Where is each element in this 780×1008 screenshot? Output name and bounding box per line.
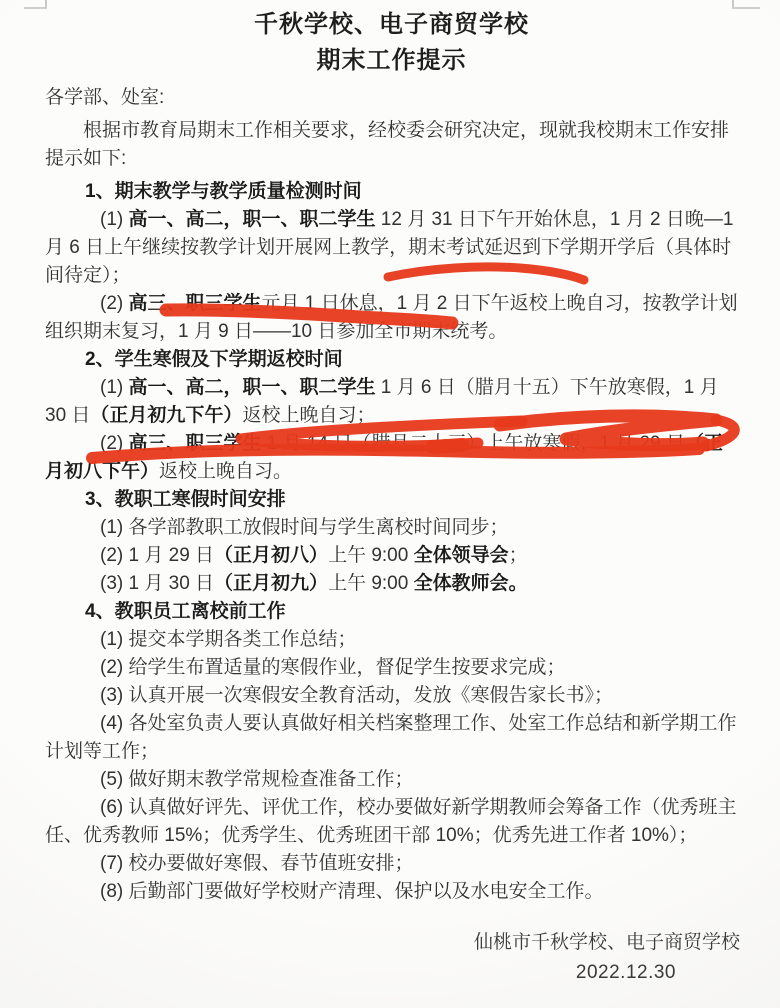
text: (1) 各学部教职工放假时间与学生离校时间同步；: [100, 517, 509, 538]
salutation: 各学部、处室:: [45, 84, 738, 112]
section-item: (8) 后勤部门要做好学校财产清理、保护以及水电安全工作。: [45, 878, 738, 906]
bold-text: 高三、职三学生: [129, 433, 262, 454]
scanned-notice-page: 千秋学校、电子商贸学校 期末工作提示 各学部、处室: 根据市教育局期末工作相关要…: [0, 0, 780, 1008]
text: (7) 校办要做好寒假、春节值班安排；: [100, 853, 414, 874]
document-sections: 1、期末教学与教学质量检测时间(1) 高一、高二，职一、职二学生 12 月 31…: [45, 178, 738, 906]
bold-text: （正月初八）: [214, 545, 328, 566]
section-heading: 2、学生寒假及下学期返校时间: [45, 346, 738, 374]
section-item: (2) 1 月 29 日（正月初八）上午 9:00 全体领导会；: [45, 542, 738, 570]
section-item: (1) 高一、高二，职一、职二学生 1 月 6 日（腊月十五）下午放寒假，1 月…: [45, 374, 738, 430]
section-item: (3) 1 月 30 日（正月初九）上午 9:00 全体教师会。: [45, 570, 738, 598]
text: (1): [100, 377, 129, 398]
text: (1): [100, 209, 129, 230]
text: (2) 给学生布置适量的寒假作业，督促学生按要求完成；: [100, 657, 566, 678]
section-item: (7) 校办要做好寒假、春节值班安排；: [45, 850, 738, 878]
section-heading: 4、教职员工离校前工作: [45, 598, 738, 626]
page-corner-mark-right: [732, 0, 760, 9]
text: ；: [509, 545, 528, 566]
bold-text: （正月初九下午）: [90, 405, 242, 426]
section-item: (1) 提交本学期各类工作总结；: [45, 626, 738, 654]
section-item: (2) 高三、职三学生 1 月 14 日（腊月二十三）上午放寒假，1 月 29 …: [45, 430, 738, 486]
text: 返校上晚自习。: [159, 461, 292, 482]
text: (4) 各处室负责人要认真做好相关档案整理工作、处室工作总结和新学期工作计划等工…: [45, 713, 737, 762]
section-item: (1) 各学部教职工放假时间与学生离校时间同步；: [45, 514, 738, 542]
text: (2): [100, 293, 129, 314]
doc-title: 千秋学校、电子商贸学校: [45, 6, 738, 43]
section-item: (2) 给学生布置适量的寒假作业，督促学生按要求完成；: [45, 654, 738, 682]
footer-date: 2022.12.30: [576, 960, 676, 986]
text: (6) 认真做好评先、评优工作，校办要做好新学期教师会筹备工作（优秀班主任、优秀…: [45, 797, 737, 846]
bold-text: 全体教师会。: [414, 573, 528, 594]
section-item: (3) 认真开展一次寒假安全教育活动，发放《寒假告家长书》；: [45, 682, 738, 710]
page-corner-mark-left: [24, 0, 47, 9]
bold-text: （正月初九）: [214, 573, 328, 594]
intro-paragraph: 根据市教育局期末工作相关要求，经校委会研究决定，现就我校期末工作安排提示如下:: [45, 117, 738, 173]
section-item: (2) 高三、职三学生元月 1 日休息，1 月 2 日下午返校上晚自习，按教学计…: [45, 290, 738, 346]
text: (8) 后勤部门要做好学校财产清理、保护以及水电安全工作。: [100, 881, 604, 902]
text: (5) 做好期末教学常规检查准备工作；: [100, 769, 414, 790]
text: (2): [100, 433, 129, 454]
bold-text: 全体领导会: [414, 545, 509, 566]
text: 上午 9:00: [328, 545, 414, 566]
section-item: (4) 各处室负责人要认真做好相关档案整理工作、处室工作总结和新学期工作计划等工…: [45, 710, 738, 766]
footer-org: 仙桃市千秋学校、电子商贸学校: [474, 930, 740, 956]
bold-text: 高一、高二，职一、职二学生: [129, 209, 376, 230]
section-item: (1) 高一、高二，职一、职二学生 12 月 31 日下午开始休息，1 月 2 …: [45, 206, 738, 290]
text: (1) 提交本学期各类工作总结；: [100, 629, 357, 650]
document-body: 千秋学校、电子商贸学校 期末工作提示 各学部、处室: 根据市教育局期末工作相关要…: [0, 0, 780, 906]
text: (3) 1 月 30 日: [100, 573, 214, 594]
section-heading: 1、期末教学与教学质量检测时间: [45, 178, 738, 206]
bold-text: 高三、职三学生: [129, 293, 262, 314]
text: 1 月 14 日（腊月二十三）上午放寒假，1 月 29 日: [262, 433, 685, 454]
section-item: (5) 做好期末教学常规检查准备工作；: [45, 766, 738, 794]
doc-subtitle: 期末工作提示: [45, 43, 738, 79]
section-item: (6) 认真做好评先、评优工作，校办要做好新学期教师会筹备工作（优秀班主任、优秀…: [45, 794, 738, 850]
bold-text: 高一、高二，职一、职二学生: [129, 377, 376, 398]
text: (2) 1 月 29 日: [100, 545, 214, 566]
text: 上午 9:00: [328, 573, 414, 594]
section-heading: 3、教职工寒假时间安排: [45, 486, 738, 514]
text: (3) 认真开展一次寒假安全教育活动，发放《寒假告家长书》；: [100, 685, 613, 706]
text: 返校上晚自习；: [242, 405, 375, 426]
